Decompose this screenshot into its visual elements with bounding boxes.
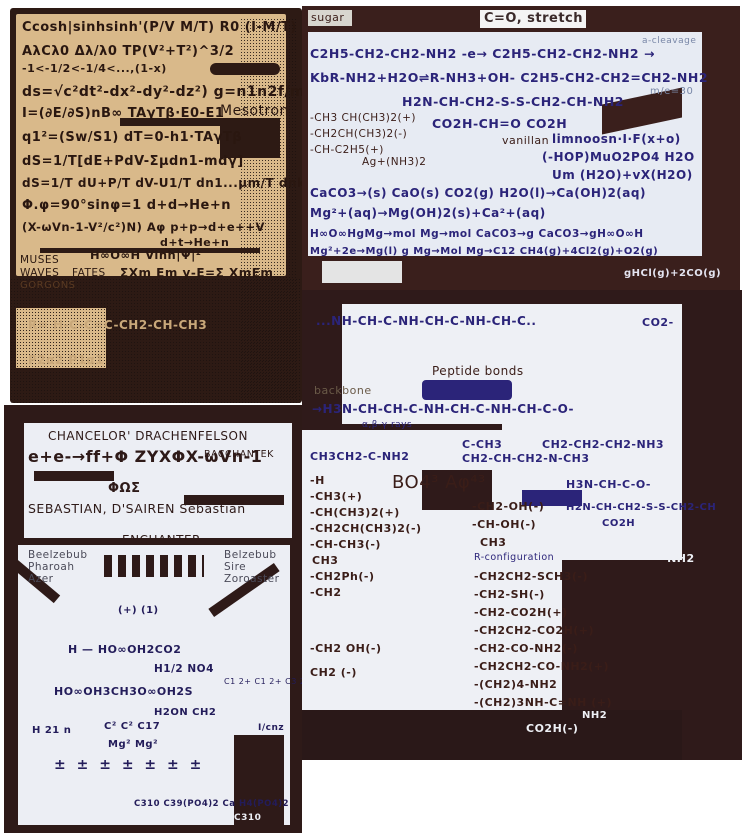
formula-line: C310 C39(PO4)2 Ca H4(PO4)2 <box>134 799 289 809</box>
label-m-e-30: m/e=30 <box>650 86 693 97</box>
formula-line: H — HO∞OH2CO2 <box>68 643 181 656</box>
formula-line: -H <box>310 474 325 487</box>
ink-band-bottom <box>302 710 682 760</box>
ornament-bar <box>104 555 204 577</box>
formula-line: Φ.φ=90°sinφ=1 d+d→He+n <box>22 198 231 213</box>
formula-line: -CH2-CO-NH2(-) <box>474 642 578 655</box>
label-vanillan: vanillan <box>502 134 549 147</box>
formula-line: -CH2 <box>310 586 342 599</box>
formula-bo4: BO4³ Aφ⁴³ <box>392 472 486 493</box>
formula-line: -(CH2)4-NH2 <box>474 678 557 691</box>
formula-line: H2ON CH2 <box>154 707 216 718</box>
formula-line: ΦΩΣ <box>108 481 140 496</box>
formula-line: -CH-C2H5(+) <box>310 144 384 156</box>
label-waves: WAVES <box>20 267 59 279</box>
formula-line: P2α2 P1α1 <box>28 353 104 367</box>
blue-block <box>422 380 512 400</box>
label-mesotron: Mesotron <box>220 103 289 119</box>
ink-bar <box>210 63 280 75</box>
label-rays: α,β-γ rays <box>362 420 412 430</box>
formula-line: limnoosn·I·F(x+o) <box>552 132 681 146</box>
formula-line: H2N-CH-CH2-S-S-CH2-CH-NH2 <box>402 94 624 109</box>
label-backbone: backbone <box>314 384 372 397</box>
formula-line: CO2H(-) <box>526 722 578 735</box>
title-chancelor: CHANCELOR' DRACHENFELSON <box>48 429 248 443</box>
formula-line: Mg²+2e→Mg(l) g Mg→Mol Mg→C12 CH4(g)+4Cl2… <box>310 246 658 257</box>
formula-line: AλCλ0 Δλ/λ0 TP(V²+T²)^3/2 <box>22 44 234 59</box>
formula-line: CH2 (-) <box>310 666 357 679</box>
formula-line: →H3N-CH-CH-C-NH-CH-C-NH-CH-C-O- <box>312 402 574 416</box>
formula-line: gHCl(g)+2CO(g) <box>624 268 721 279</box>
formula-line: H1/2 NO4 <box>154 663 214 675</box>
formula-line: NH2 <box>582 710 607 721</box>
panel-top-left-sepia: Ccosh|sinhsinh'(P/V M/T) R0 (I-M/T) AλCλ… <box>10 8 302 403</box>
formula-line: (+) (1) <box>118 605 159 616</box>
formula-line: ds=√c²dt²-dx²-dy²-dz²) g=n1n2f/m <box>22 84 302 100</box>
formula-line: -CH2CH2-CO-NH2(+) <box>474 660 609 673</box>
formula-line: -CH3 CH(CH3)2(+) <box>310 112 416 124</box>
panel-middle-right-peptides: ...NH-CH-C-NH-CH-C-NH-CH-C.. CO2- Peptid… <box>302 290 742 760</box>
label-sugar: sugar <box>311 11 344 24</box>
formula-line: -CH2-CO2H(+) <box>474 606 568 619</box>
formula-line: -CH2-SH(-) <box>474 588 545 601</box>
names-right: Belzebub Sire Zoroaster <box>224 549 294 585</box>
formula-line: -CH2Ph(-) <box>310 570 375 583</box>
formula-line: HO∞OH3CH3O∞OH2S <box>54 685 193 698</box>
formula-line: Ccosh|sinhsinh'(P/V M/T) R0 (I-M/T) <box>22 20 297 35</box>
formula-line: I/cnz <box>258 723 284 733</box>
label-peptide-bonds: Peptide bonds <box>432 364 524 378</box>
formula-line: CO2H-CH=O CO2H <box>432 116 567 131</box>
formula-line: C2H5-CH2-CH2-NH2 -e→ C2H5-CH2-CH2-NH2 → <box>310 46 655 61</box>
formula-line: CH3CH2-C-NH2 <box>310 450 409 463</box>
formula-line: CH3 <box>480 536 506 549</box>
title-enchanter: ENCHANTER <box>122 533 201 547</box>
formula-line: CO2- <box>642 316 674 329</box>
mesh-texture-bottom <box>10 278 302 403</box>
formula-line: -CH2CH(CH3)2(-) <box>310 522 422 535</box>
formula-line: ΣXm Em y-E=Σ XmEm <box>120 266 273 280</box>
formula-line: ...NH-CH-C-NH-CH-C-NH-CH-C.. <box>316 314 536 328</box>
formula-line: -CH3(+) <box>310 490 362 503</box>
ink-band-right <box>702 26 740 292</box>
formula-line: dS=1/T dU+P/T dV-U1/T dn1...μm/T dnk <box>22 176 302 190</box>
formula-line: Mg² Mg² <box>108 739 158 750</box>
formula-line: dS=1/T[dE+PdV-Σμdn1-mdγ] <box>22 154 244 169</box>
formula-line: R= H-C-C=C-CH2-CH-CH3 <box>28 318 207 332</box>
formula-line: Um (H2O)+vX(H2O) <box>552 168 693 182</box>
formula-line: -CH2CH(CH3)2(-) <box>310 128 407 140</box>
panel-bottom-left-names: CHANCELOR' DRACHENFELSON e+e-→ff+Φ ZYXΦX… <box>4 405 302 833</box>
label-gorgons: GORGONS <box>20 280 76 291</box>
formula-line: H3N-CH-C-O- <box>566 478 651 491</box>
formula-line: -(CH2)3NH-C=NH (+) <box>474 696 612 709</box>
label-alpha-cleavage: a-cleavage <box>642 36 696 46</box>
formula-line: -CH(CH3)2(+) <box>310 506 400 519</box>
formula-line: -CH2-OH(-) <box>472 500 544 513</box>
formula-line: H∞O∞H Vinh|Ψ|² <box>90 248 201 262</box>
formula-line: -CH-OH(-) <box>472 518 536 531</box>
formula-line: H∞O∞HgMg→mol Mg→mol CaCO3→g CaCO3→gH∞O∞H <box>310 228 644 240</box>
label-muses: MUSES <box>20 254 59 266</box>
formula-line: H 21 n <box>32 725 71 736</box>
formula-line: C1 2+ C1 2+ C3 2+ <box>224 677 302 686</box>
formula-line: (-HOP)MuO2PO4 H2O <box>542 150 695 164</box>
formula-line: C² C² C17 <box>104 721 160 732</box>
label-bacchantek: BACCHANTEK <box>204 449 274 460</box>
formula-line: (X-ωVn-1-V²/c²)N) Aφ p+p→d+e++V <box>22 220 265 234</box>
formula-line: C310 <box>234 813 261 823</box>
ink-bar <box>34 471 114 481</box>
seal-box <box>322 261 402 283</box>
formula-line: -CH-CH3(-) <box>310 538 381 551</box>
formula-line: q1²=(Sw/S1) dT=0-h1·TAγTβ <box>22 130 242 145</box>
panel-top-right-chemistry: sugar C=O, stretch C2H5-CH2-CH2-NH2 -e→ … <box>302 6 740 292</box>
formula-line: CaCO3→(s) CaO(s) CO2(g) H2O(l)→Ca(OH)2(a… <box>310 186 646 200</box>
charge-marks: ± ± ± ± ± ± ± <box>54 757 204 773</box>
label-r-configuration: R-configuration <box>474 552 554 563</box>
formula-line: -CH2 OH(-) <box>310 642 382 655</box>
formula-line: CH2-CH-CH2-N-CH3 <box>462 452 590 465</box>
formula-line: CH3 <box>312 554 338 567</box>
formula-line: CH2-CH2-CH2-NH3 <box>542 438 664 451</box>
formula-line: -NH2 <box>662 552 695 565</box>
formula-line: Mg²+(aq)→Mg(OH)2(s)+Ca²+(aq) <box>310 206 546 220</box>
formula-line: H2N-CH-CH2-S-S-CH2-CH <box>566 502 716 513</box>
formula-line: -CH2CH2-SCH3(-) <box>474 570 588 583</box>
name-sebastian: SEBASTIAN, D'SAIREN Sebastian <box>28 501 246 516</box>
formula-line: I=(∂E/∂S)nB∞ TAγTβ·E0-E1 <box>22 106 224 121</box>
ink-band-right <box>682 290 742 760</box>
label-fates: FATES <box>72 267 106 279</box>
formula-line: Ag+(NH3)2 <box>362 156 426 168</box>
label-co-stretch: C=O, stretch <box>484 11 583 26</box>
formula-line: CO2H <box>602 518 635 529</box>
ink-block <box>234 735 284 825</box>
formula-line: KbR-NH2+H2O⇌R-NH3+OH- C2H5-CH2-CH2=CH2-N… <box>310 70 708 85</box>
formula-line: C-CH3 <box>462 438 502 451</box>
names-left: Beelzebub Pharoah Azer <box>28 549 98 585</box>
formula-line: -1<-1/2<-1/4<...,(1-x) <box>22 62 167 75</box>
formula-line: -CH2CH2-CO2H(+) <box>474 624 594 637</box>
